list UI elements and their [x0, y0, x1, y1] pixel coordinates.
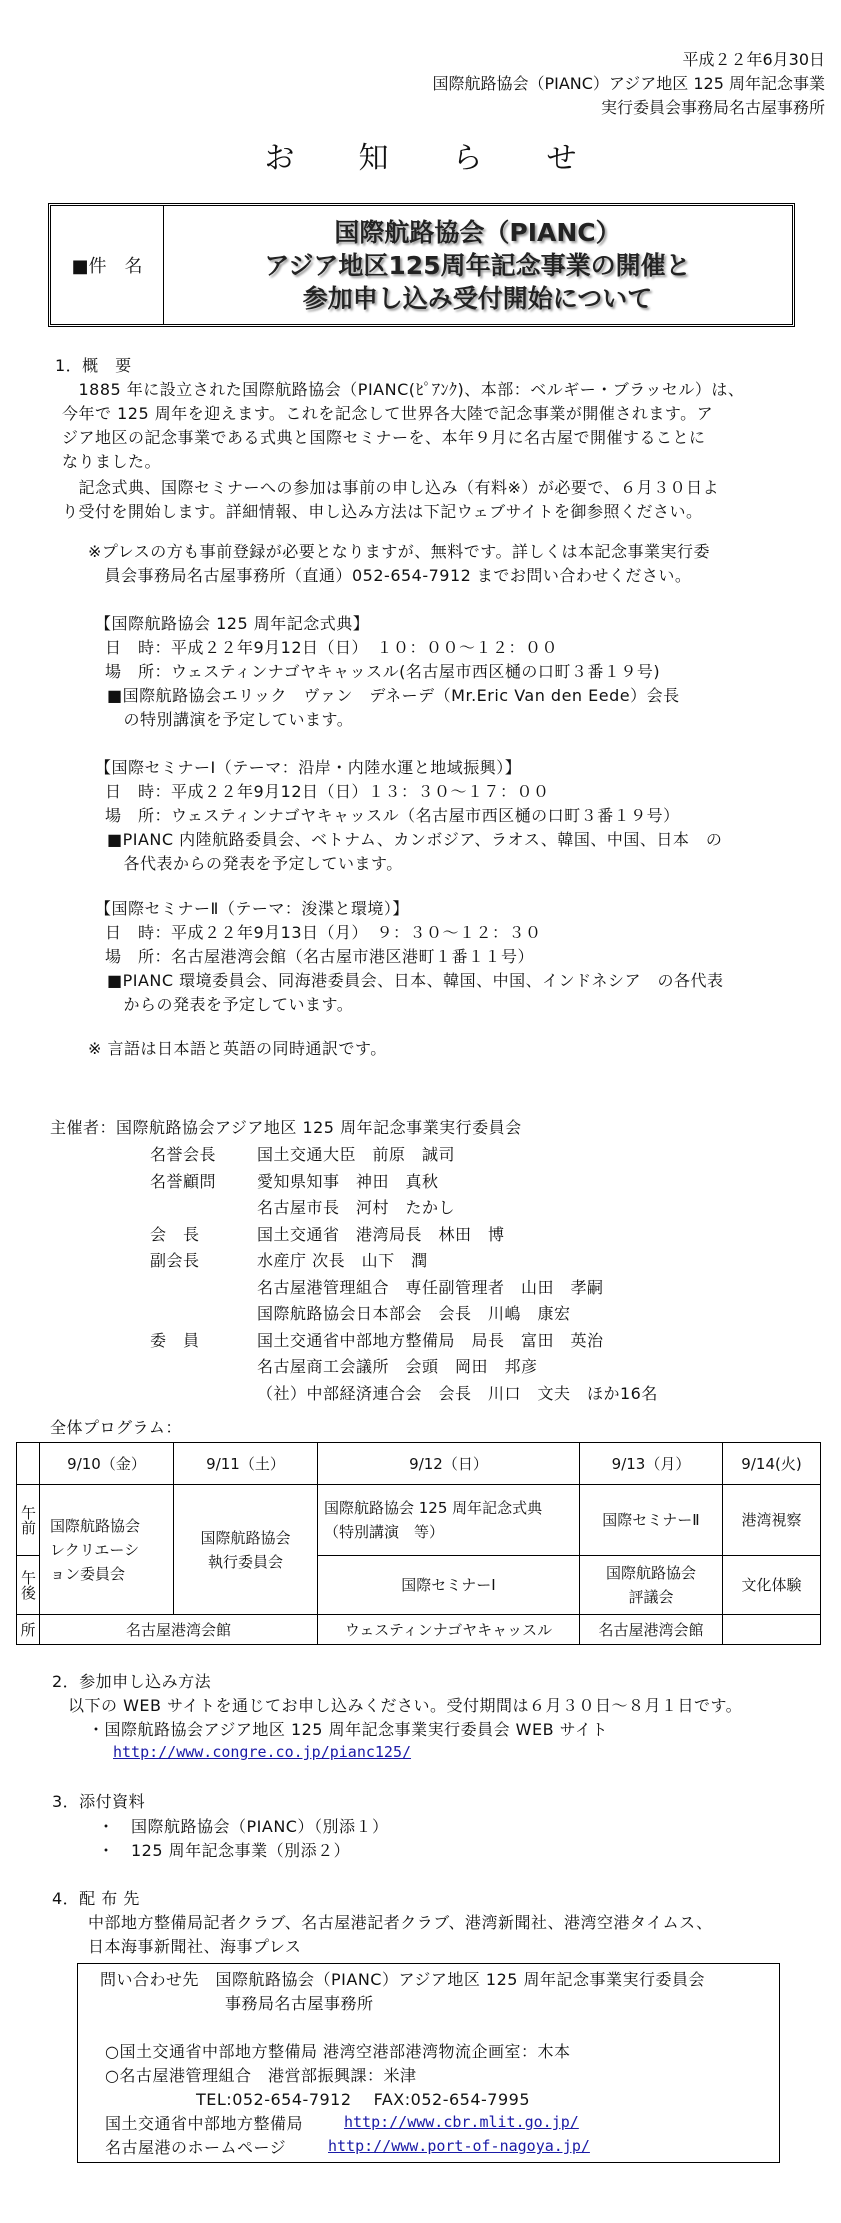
cell-9-12-am: 国際航路協会 125 周年記念式典 （特別講演 等） [318, 1485, 580, 1556]
paragraph-line: なりました。 [62, 450, 744, 474]
member-role: 副会長 [150, 1248, 216, 1275]
section-1-heading: 1．概 要 [55, 354, 132, 378]
member-role: 名誉顧問 [150, 1169, 216, 1196]
member-name: 愛知県知事 神田 真秋 [257, 1169, 658, 1196]
program-table: 9/10（金） 9/11（土） 9/12（日） 9/13（月） 9/14(火) … [16, 1442, 821, 1645]
distribution-line: 中部地方整備局記者クラブ、名古屋港記者クラブ、港湾新聞社、港湾空港タイムス、 [88, 1911, 713, 1935]
organizer-names: 国土交通大臣 前原 誠司 愛知県知事 神田 真秋 名古屋市長 河村 たかし 国土… [257, 1142, 658, 1407]
cell-line: 評議会 [584, 1585, 718, 1609]
member-name: 国土交通大臣 前原 誠司 [257, 1142, 658, 1169]
cell-9-12-pm: 国際セミナーⅠ [318, 1556, 580, 1615]
member-name: 名古屋港管理組合 専任副管理者 山田 孝嗣 [257, 1275, 658, 1302]
event-seminar-2: 【国際セミナーⅡ（テーマ：浚渫と環境）】 日 時：平成２２年9月13日（月） ９… [95, 897, 724, 1017]
cell-line: 国際航路協会 [50, 1514, 169, 1538]
contact-box: 問い合わせ先 国際航路協会（PIANC）アジア地区 125 周年記念事業実行委員… [77, 1963, 780, 2163]
event-venue: 場 所：ウェスティンナゴヤキャッスル（名古屋市西区樋の口町３番１９号） [95, 804, 722, 828]
cell-line: レクリエーシ [50, 1538, 169, 1562]
event-note: 各代表からの発表を予定しています。 [95, 852, 722, 876]
event-title: 【国際航路協会 125 周年記念式典】 [95, 612, 680, 636]
note-line: ※プレスの方も事前登録が必要となりますが、無料です。詳しくは本記念事業実行委 [88, 540, 710, 564]
port-of-nagoya-link[interactable]: http://www.port-of-nagoya.jp/ [328, 2137, 590, 2155]
event-datetime: 日 時：平成２２年9月12日（日） １０：００～１２：００ [95, 636, 680, 660]
contact-line-1: 問い合わせ先 国際航路協会（PIANC）アジア地区 125 周年記念事業実行委員… [100, 1968, 705, 1992]
paragraph-line: 1885 年に設立された国際航路協会（PIANC(ﾋﾟｱﾝｸ)、本部：ベルギー・… [62, 378, 744, 402]
event-venue: 場 所：名古屋港湾会館（名古屋市港区港町１番１１号） [95, 945, 724, 969]
event-note: ■国際航路協会エリック ヴァン デネーデ（Mr.Eric Van den Eed… [95, 684, 680, 708]
paragraph-line: り受付を開始します。詳細情報、申し込み方法は下記ウェブサイトを御参照ください。 [62, 500, 719, 524]
event-ceremony: 【国際航路協会 125 周年記念式典】 日 時：平成２２年9月12日（日） １０… [95, 612, 680, 732]
member-name: 水産庁 次長 山下 潤 [257, 1248, 658, 1275]
event-note: からの発表を予定しています。 [95, 993, 724, 1017]
column-header: 9/11（土） [174, 1443, 318, 1485]
cell-9-14-am: 港湾視察 [723, 1485, 821, 1556]
event-note: ■PIANC 内陸航路委員会、ベトナム、カンボジア、ラオス、韓国、中国、日本 の [95, 828, 722, 852]
cell-line: 国際航路協会 [584, 1561, 718, 1585]
row-label-pm: 午後 [17, 1556, 40, 1615]
subject-title: 国際航路協会（PIANC） アジア地区125周年記念事業の開催と 参加申し込み受… [163, 206, 792, 324]
column-header: 9/12（日） [318, 1443, 580, 1485]
contact-site-2-label: 名古屋港のホームページ [105, 2136, 286, 2160]
member-role [150, 1275, 216, 1302]
member-role [150, 1301, 216, 1328]
member-role [150, 1195, 216, 1222]
cell-place-9-14 [723, 1615, 821, 1645]
subject-label: ■件 名 [51, 206, 164, 324]
event-datetime: 日 時：平成２２年9月13日（月） ９：３０～１２：３０ [95, 921, 724, 945]
contact-line-2: 事務局名古屋事務所 [225, 1992, 374, 2016]
section-4-heading: 4．配 布 先 [52, 1887, 140, 1911]
subject-line: 参加申し込み受付開始について [303, 282, 653, 315]
cell-line: 国際航路協会 [178, 1526, 313, 1550]
event-seminar-1: 【国際セミナーⅠ（テーマ：沿岸・内陸水運と地域振興）】 日 時：平成２２年9月1… [95, 756, 722, 876]
contact-office-2: ○名古屋港管理組合 港営部振興課：米津 [105, 2064, 416, 2088]
organizer-host: 主催者：国際航路協会アジア地区 125 周年記念事業実行委員会 [50, 1116, 522, 1140]
registration-site-link[interactable]: http://www.congre.co.jp/pianc125/ [113, 1743, 411, 1761]
issuer-line-2: 実行委員会事務局名古屋事務所 [601, 96, 825, 120]
member-role: 会 長 [150, 1222, 216, 1249]
organizer-roles: 名誉会長 名誉顧問 会 長 副会長 委 員 [150, 1142, 216, 1354]
member-role: 委 員 [150, 1328, 216, 1355]
contact-phone-fax: TEL:052-654-7912 FAX:052-654-7995 [196, 2088, 530, 2112]
event-note: ■PIANC 環境委員会、同海港委員会、日本、韓国、中国、インドネシア の各代表 [95, 969, 724, 993]
cell-line: 国際航路協会 125 周年記念式典 [324, 1496, 575, 1520]
paragraph-line: ジア地区の記念事業である式典と国際セミナーを、本年９月に名古屋で開催することに [62, 426, 744, 450]
notice-title-char: お [265, 133, 295, 177]
member-name: 名古屋市長 河村 たかし [257, 1195, 658, 1222]
member-name: 名古屋商工会議所 会頭 岡田 邦彦 [257, 1354, 658, 1381]
notice-title: お知らせ [0, 133, 841, 177]
event-title: 【国際セミナーⅠ（テーマ：沿岸・内陸水運と地域振興）】 [95, 756, 722, 780]
cbr-mlit-link[interactable]: http://www.cbr.mlit.go.jp/ [344, 2113, 579, 2131]
subject-box: ■件 名 国際航路協会（PIANC） アジア地区125周年記念事業の開催と 参加… [48, 203, 795, 327]
column-header: 9/10（金） [40, 1443, 174, 1485]
table-corner [17, 1443, 40, 1485]
contact-office-1: ○国土交通省中部地方整備局 港湾空港部港湾物流企画室：木本 [105, 2040, 571, 2064]
paragraph-line: 今年で 125 周年を迎えます。これを記念して世界各大陸で記念事業が開催されます… [62, 402, 744, 426]
member-name: 国土交通省中部地方整備局 局長 富田 英治 [257, 1328, 658, 1355]
cell-place-9-12: ウェスティンナゴヤキャッスル [318, 1615, 580, 1645]
cell-line: 執行委員会 [178, 1550, 313, 1574]
section-2-heading: 2．参加申し込み方法 [52, 1670, 211, 1694]
column-header: 9/13（月） [580, 1443, 723, 1485]
event-note: の特別講演を予定しています。 [95, 708, 680, 732]
event-venue: 場 所：ウェスティンナゴヤキャッスル(名古屋市西区樋の口町３番１９号) [95, 660, 680, 684]
notice-title-char: 知 [359, 133, 389, 177]
member-role: 名誉会長 [150, 1142, 216, 1169]
cell-line: ョン委員会 [50, 1562, 169, 1586]
program-label: 全体プログラム： [50, 1416, 182, 1440]
member-name: （社）中部経済連合会 会長 川口 文夫 ほか16名 [257, 1381, 658, 1408]
cell-place-9-10-11: 名古屋港湾会館 [40, 1615, 318, 1645]
language-note: ※ 言語は日本語と英語の同時通訳です。 [88, 1037, 387, 1061]
cell-9-13-am: 国際セミナーⅡ [580, 1485, 723, 1556]
note-line: 員会事務局名古屋事務所（直通）052-654-7912 までお問い合わせください… [88, 564, 710, 588]
table-header-row: 9/10（金） 9/11（土） 9/12（日） 9/13（月） 9/14(火) [17, 1443, 821, 1485]
event-title: 【国際セミナーⅡ（テーマ：浚渫と環境）】 [95, 897, 724, 921]
table-row-place: 所 名古屋港湾会館 ウェスティンナゴヤキャッスル 名古屋港湾会館 [17, 1615, 821, 1645]
cell-line: （特別講演 等） [324, 1520, 575, 1544]
column-header: 9/14(火) [723, 1443, 821, 1485]
cell-9-11: 国際航路協会 執行委員会 [174, 1485, 318, 1615]
event-datetime: 日 時：平成２２年9月12日（日）１３：３０～１７：００ [95, 780, 722, 804]
row-label-place: 所 [17, 1615, 40, 1645]
subject-line: 国際航路協会（PIANC） [334, 216, 620, 249]
cell-9-13-pm: 国際航路協会 評議会 [580, 1556, 723, 1615]
member-name: 国土交通省 港湾局長 林田 博 [257, 1222, 658, 1249]
row-label-am: 午前 [17, 1485, 40, 1556]
overview-paragraph-1: 1885 年に設立された国際航路協会（PIANC(ﾋﾟｱﾝｸ)、本部：ベルギー・… [62, 378, 744, 474]
issuer-line-1: 国際航路協会（PIANC）アジア地区 125 周年記念事業 [432, 72, 825, 96]
notice-title-char: ら [453, 133, 483, 177]
cell-9-10: 国際航路協会 レクリエーシ ョン委員会 [40, 1485, 174, 1615]
cell-9-14-pm: 文化体験 [723, 1556, 821, 1615]
paragraph-line: 記念式典、国際セミナーへの参加は事前の申し込み（有料※）が必要で、６月３０日よ [62, 476, 719, 500]
document-date: 平成２２年6月30日 [682, 48, 825, 72]
attachment-item: ・ 国際航路協会（PIANC）（別添１） [98, 1815, 388, 1839]
section-3-heading: 3．添付資料 [52, 1790, 145, 1814]
contact-site-1-label: 国土交通省中部地方整備局 [105, 2112, 303, 2136]
member-name: 国際航路協会日本部会 会長 川嶋 康宏 [257, 1301, 658, 1328]
table-row-am: 午前 国際航路協会 レクリエーシ ョン委員会 国際航路協会 執行委員会 国際航路… [17, 1485, 821, 1556]
notice-title-char: せ [547, 133, 577, 177]
attachment-item: ・ 125 周年記念事業（別添２） [98, 1839, 350, 1863]
distribution-line: 日本海事新聞社、海事プレス [88, 1935, 301, 1959]
subject-line: アジア地区125周年記念事業の開催と [264, 249, 690, 282]
section-2-text: 以下の WEB サイトを通じてお申し込みください。受付期間は６月３０日～８月１日… [68, 1694, 742, 1718]
press-note: ※プレスの方も事前登録が必要となりますが、無料です。詳しくは本記念事業実行委 員… [88, 540, 710, 588]
cell-place-9-13: 名古屋港湾会館 [580, 1615, 723, 1645]
overview-paragraph-2: 記念式典、国際セミナーへの参加は事前の申し込み（有料※）が必要で、６月３０日よ … [62, 476, 719, 524]
section-2-bullet: ・国際航路協会アジア地区 125 周年記念事業実行委員会 WEB サイト [88, 1718, 608, 1742]
